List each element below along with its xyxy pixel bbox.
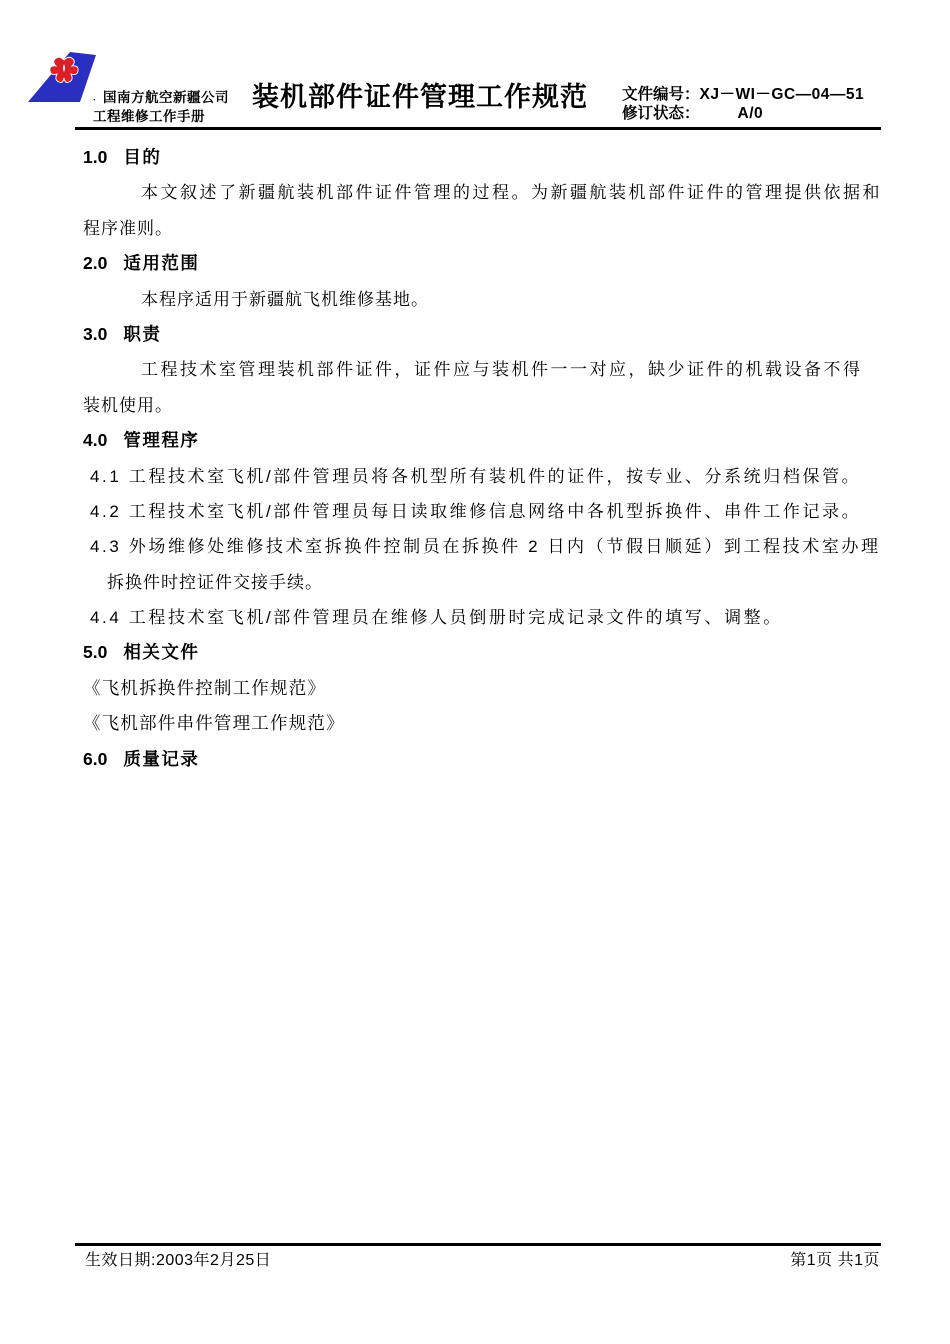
doc-number-label: 文件编号： bbox=[622, 86, 700, 103]
procedure-item-4-4: 4.4 工程技术室飞机/部件管理员在维修人员倒册时完成记录文件的填写、调整。 bbox=[83, 600, 883, 635]
document-meta: 文件编号：XJ－WI－GC—04—51 修订状态：A/0 bbox=[622, 85, 864, 123]
section-1-heading: 1.0目的 bbox=[83, 140, 883, 175]
revision-row: 修订状态：A/0 bbox=[622, 104, 864, 123]
section-3-heading: 3.0职责 bbox=[83, 317, 883, 352]
effective-date: 生效日期:2003年2月25日 bbox=[85, 1247, 271, 1270]
document-title: 装机部件证件管理工作规范 bbox=[240, 80, 600, 114]
section-2-paragraph: 本程序适用于新疆航飞机维修基地。 bbox=[83, 282, 883, 317]
section-title: 适用范围 bbox=[123, 253, 199, 273]
document-page: ．国南方航空新疆公司 工程维修工作手册 装机部件证件管理工作规范 文件编号：XJ… bbox=[0, 0, 950, 1344]
section-1-paragraph-line-1: 本文叙述了新疆航装机部件证件管理的过程。为新疆航装机部件证件的管理提供依据和 bbox=[83, 175, 883, 210]
company-name: ．国南方航空新疆公司 bbox=[93, 88, 229, 107]
section-3-paragraph-line-1: 工程技术室管理装机部件证件，证件应与装机件一一对应，缺少证件的机载设备不得 bbox=[83, 352, 883, 387]
section-number: 2.0 bbox=[83, 246, 107, 281]
related-document-2: 《飞机部件串件管理工作规范》 bbox=[83, 706, 883, 741]
section-number: 3.0 bbox=[83, 317, 107, 352]
section-5-heading: 5.0相关文件 bbox=[83, 635, 883, 670]
section-title: 质量记录 bbox=[123, 749, 199, 769]
section-number: 1.0 bbox=[83, 140, 107, 175]
section-title: 管理程序 bbox=[123, 430, 199, 450]
section-1-paragraph-line-2: 程序准则。 bbox=[83, 211, 883, 246]
section-3-paragraph-line-2: 装机使用。 bbox=[83, 388, 883, 423]
procedure-item-4-1: 4.1 工程技术室飞机/部件管理员将各机型所有装机件的证件，按专业、分系统归档保… bbox=[83, 459, 883, 494]
header-divider bbox=[75, 127, 881, 130]
section-number: 5.0 bbox=[83, 635, 107, 670]
manual-name: 工程维修工作手册 bbox=[93, 107, 229, 126]
page-number: 第1页 共1页 bbox=[790, 1247, 880, 1270]
procedure-item-4-3-line-1: 4.3 外场维修处维修技术室拆换件控制员在拆换件 2 日内（节假日顺延）到工程技… bbox=[83, 529, 883, 564]
section-2-heading: 2.0适用范围 bbox=[83, 246, 883, 281]
document-body: 1.0目的 本文叙述了新疆航装机部件证件管理的过程。为新疆航装机部件证件的管理提… bbox=[83, 140, 883, 777]
company-block: ．国南方航空新疆公司 工程维修工作手册 bbox=[93, 88, 229, 126]
section-title: 目的 bbox=[123, 147, 161, 167]
procedure-item-4-3-line-2: 拆换件时控证件交接手续。 bbox=[83, 565, 883, 600]
footer-divider bbox=[75, 1243, 881, 1246]
section-title: 职责 bbox=[123, 324, 161, 344]
section-title: 相关文件 bbox=[123, 642, 199, 662]
section-number: 4.0 bbox=[83, 423, 107, 458]
section-4-heading: 4.0管理程序 bbox=[83, 423, 883, 458]
related-document-1: 《飞机拆换件控制工作规范》 bbox=[83, 671, 883, 706]
clipped-character-marks: ． bbox=[93, 92, 103, 102]
doc-number-value: XJ－WI－GC—04—51 bbox=[700, 86, 865, 103]
revision-label: 修订状态： bbox=[622, 105, 700, 122]
revision-value: A/0 bbox=[738, 105, 764, 122]
doc-number-row: 文件编号：XJ－WI－GC—04—51 bbox=[622, 85, 864, 104]
section-6-heading: 6.0质量记录 bbox=[83, 742, 883, 777]
procedure-item-4-2: 4.2 工程技术室飞机/部件管理员每日读取维修信息网络中各机型拆换件、串件工作记… bbox=[83, 494, 883, 529]
section-number: 6.0 bbox=[83, 742, 107, 777]
